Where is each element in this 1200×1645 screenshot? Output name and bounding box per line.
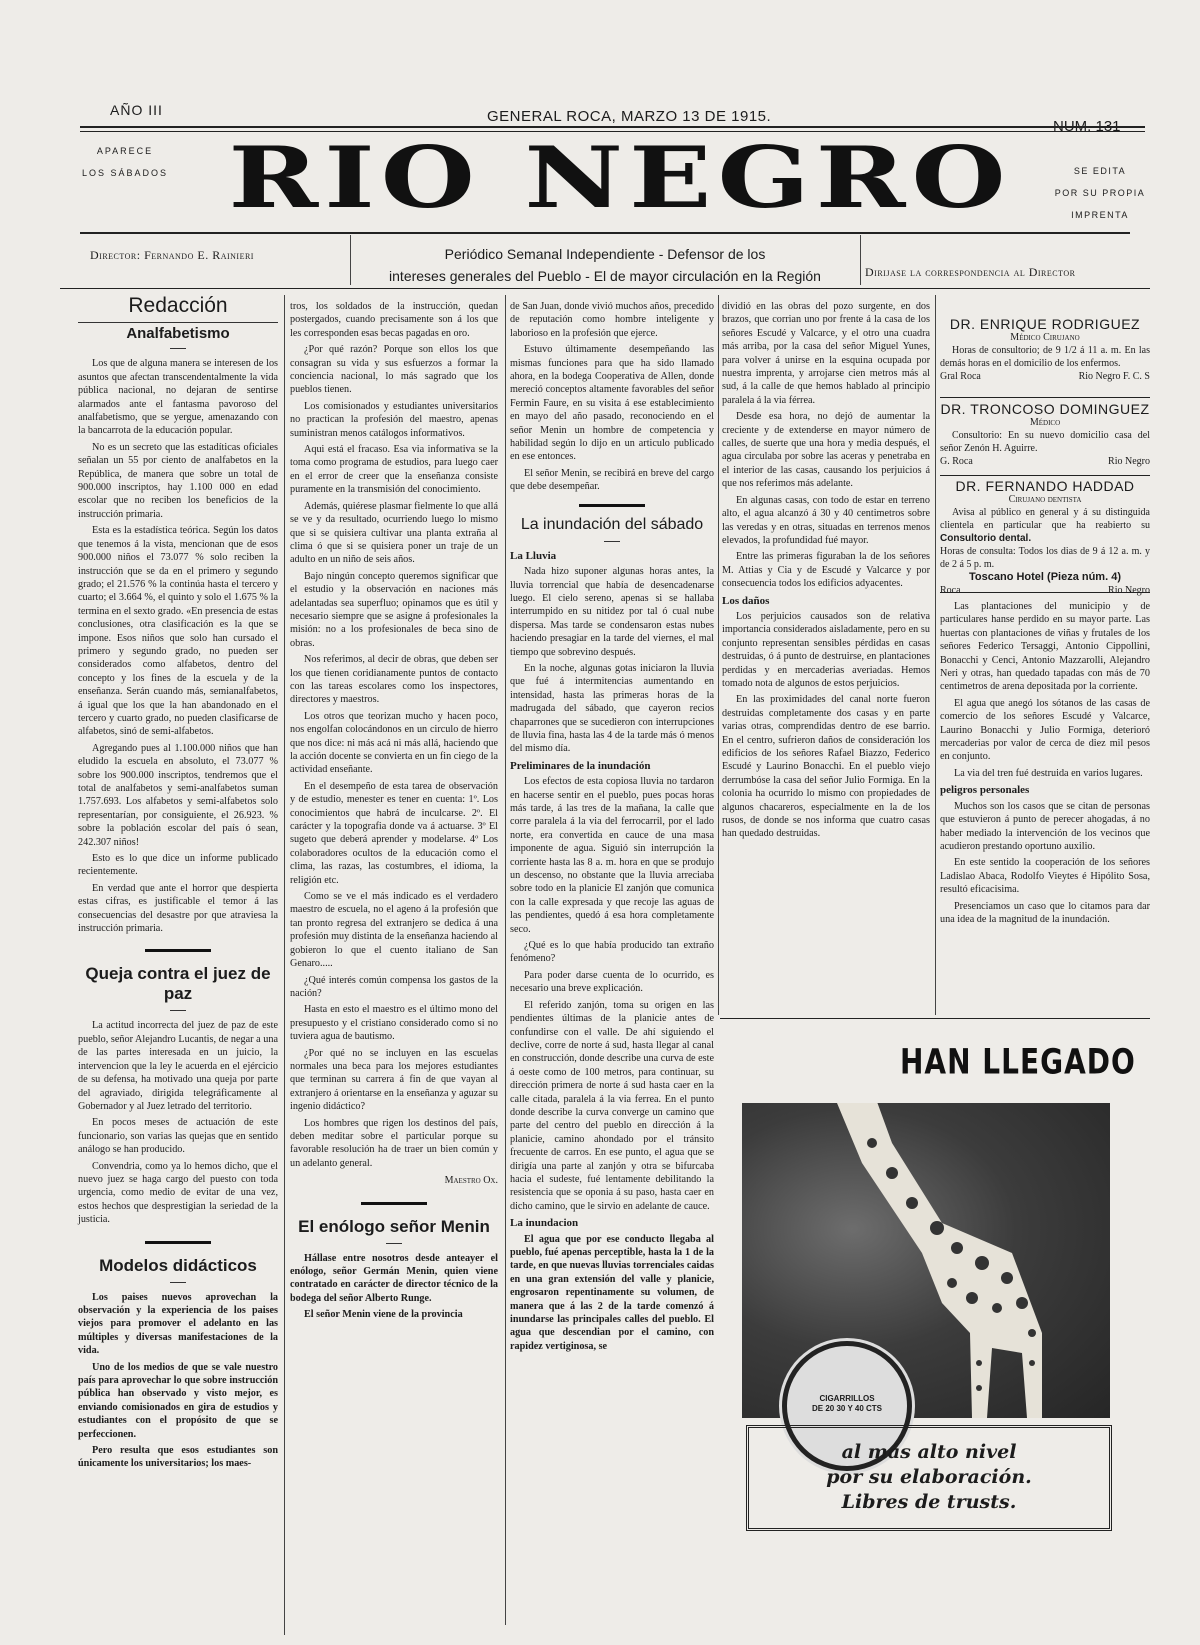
ad-role: Médico Cirujano bbox=[940, 331, 1150, 344]
ad-name: DR. TRONCOSO DOMINGUEZ bbox=[940, 403, 1150, 416]
paragraph: Bajo ningún concepto queremos significar… bbox=[290, 570, 498, 650]
divider bbox=[170, 1282, 186, 1283]
cigarette-advertisement: HAN LLEGADO CIGARRILLOS DE 20 30 Y 40 CT… bbox=[742, 1025, 1137, 1615]
paragraph: Para poder darse cuenta de lo ocurrido, … bbox=[510, 969, 714, 996]
slogan-box: al más alto nivel por su elaboración. Li… bbox=[746, 1425, 1112, 1531]
paragraph: En la noche, algunas gotas iniciaron la … bbox=[510, 662, 714, 756]
column-1: Redacción Analfabetismo Los que de algun… bbox=[78, 296, 278, 1474]
paragraph: Hasta en esto el maestro es el último mo… bbox=[290, 1003, 498, 1043]
ad-address: Toscano Hotel (Pieza núm. 4) bbox=[940, 571, 1150, 584]
article-title: La inundación del sábado bbox=[510, 515, 714, 535]
paragraph: En verdad que ante el horror que despier… bbox=[78, 882, 278, 936]
paragraph: Los otros que teorizan mucho y hacen poc… bbox=[290, 710, 498, 777]
subheading: La inundacion bbox=[510, 1217, 714, 1230]
dateline: GENERAL ROCA, MARZO 13 DE 1915. bbox=[487, 108, 771, 125]
paragraph: Nada hizo suponer algunas horas antes, l… bbox=[510, 565, 714, 659]
ad-divider bbox=[940, 475, 1150, 476]
director-line: Director: Fernando E. Rainieri bbox=[90, 248, 254, 263]
printing-note: SE EDITA POR SU PROPIA IMPRENTA bbox=[1040, 160, 1160, 226]
ad-dr-troncoso: DR. TRONCOSO DOMINGUEZ Médico Consultori… bbox=[940, 403, 1150, 468]
paragraph: Como se ve el más indicado es el verdade… bbox=[290, 890, 498, 970]
paragraph: Muchos son los casos que se citan de per… bbox=[940, 800, 1150, 854]
ad-dr-rodriguez: DR. ENRIQUE RODRIGUEZ Médico Cirujano Ho… bbox=[940, 318, 1150, 383]
column-3: de San Juan, donde vivió muchos años, pr… bbox=[510, 300, 714, 1356]
ad-name: DR. FERNANDO HADDAD bbox=[940, 480, 1150, 493]
paragraph: Los hombres que rigen los destinos del p… bbox=[290, 1117, 498, 1171]
correspondence-note: Dirijase la correspondencia al Director bbox=[865, 265, 1075, 280]
ad-top-rule bbox=[720, 1018, 1150, 1019]
divider bbox=[170, 1010, 186, 1011]
article-separator bbox=[579, 504, 645, 507]
paragraph: Las plantaciones del municipio y de part… bbox=[940, 600, 1150, 694]
newspaper-title: RIO NEGRO bbox=[200, 135, 1040, 221]
article-title: Modelos didácticos bbox=[78, 1256, 278, 1276]
paragraph: ¿Qué es lo que había producido tan extra… bbox=[510, 939, 714, 966]
paragraph: No es un secreto que las estadíticas ofi… bbox=[78, 441, 278, 521]
paragraph: Agregando pues al 1.100.000 niños que ha… bbox=[78, 742, 278, 849]
paragraph: ¿Por qué no se incluyen en las escuelas … bbox=[290, 1047, 498, 1114]
ad-slogan: al más alto nivel por su elaboración. Li… bbox=[749, 1440, 1109, 1515]
divider bbox=[386, 1243, 402, 1244]
paragraph: Pero resulta que esos estudiantes son ún… bbox=[78, 1444, 278, 1471]
paragraph: En el desempeño de esta tarea de observa… bbox=[290, 780, 498, 887]
article-title: Queja contra el juez de paz bbox=[78, 964, 278, 1004]
article-separator bbox=[145, 949, 211, 952]
paragraph: Los comisionados y estudiantes universit… bbox=[290, 400, 498, 440]
masthead-top-rule bbox=[80, 126, 1145, 128]
paragraph: ¿Por qué razón? Porque son ellos los que… bbox=[290, 343, 498, 397]
paragraph: Entre las primeras figuraban la de los s… bbox=[722, 550, 930, 590]
paragraph: Los paises nuevos aprovechan la observac… bbox=[78, 1291, 278, 1358]
column-4: dividió en las obras del pozo surgente, … bbox=[722, 300, 930, 844]
column-rule bbox=[505, 295, 506, 1625]
divider bbox=[604, 541, 620, 542]
tagline: Periódico Semanal Independiente - Defens… bbox=[355, 243, 855, 287]
article-separator bbox=[145, 1241, 211, 1244]
paragraph: En las proximidades del canal norte fuer… bbox=[722, 693, 930, 840]
column-rule bbox=[718, 295, 719, 1015]
header-rule bbox=[60, 288, 1150, 289]
ad-name: DR. ENRIQUE RODRIGUEZ bbox=[940, 318, 1150, 331]
paragraph: Además, quiérese plasmar fielmente lo qu… bbox=[290, 500, 498, 567]
column-rule bbox=[284, 295, 285, 1635]
paragraph: Convendria, como ya lo hemos dicho, que … bbox=[78, 1160, 278, 1227]
newspaper-page: AÑO III GENERAL ROCA, MARZO 13 DE 1915. … bbox=[0, 0, 1200, 1645]
ad-divider bbox=[940, 592, 1150, 593]
paragraph: Los perjuicios causados son de relativa … bbox=[722, 610, 930, 690]
ad-divider bbox=[940, 397, 1150, 398]
paragraph: Desde esa hora, no dejó de aumentar la c… bbox=[722, 410, 930, 490]
ad-dr-haddad: DR. FERNANDO HADDAD Cirujano dentista Av… bbox=[940, 480, 1150, 597]
section-title: Redacción bbox=[78, 296, 278, 323]
paragraph: Esta es la estadística teórica. Según lo… bbox=[78, 524, 278, 739]
subheading: La Lluvia bbox=[510, 550, 714, 563]
masthead-divider bbox=[350, 235, 351, 285]
ad-highlight: Consultorio dental. bbox=[940, 533, 1031, 544]
paragraph: Uno de los medios de que se vale nuestro… bbox=[78, 1361, 278, 1441]
subheading: Los daños bbox=[722, 595, 930, 608]
paragraph: ¿Qué interés común compensa los gastos d… bbox=[290, 974, 498, 1001]
article-title: Analfabetismo bbox=[78, 327, 278, 340]
paragraph: En pocos meses de actuación de este func… bbox=[78, 1116, 278, 1156]
masthead-divider bbox=[860, 235, 861, 285]
paragraph: Los que de alguna manera se interesen de… bbox=[78, 357, 278, 437]
column-rule bbox=[935, 295, 936, 1015]
column-5: Las plantaciones del municipio y de part… bbox=[940, 600, 1150, 929]
subheading: peligros personales bbox=[940, 784, 1150, 797]
ad-role: Médico bbox=[940, 416, 1150, 429]
article-title: El enólogo señor Menin bbox=[290, 1217, 498, 1237]
paragraph: dividió en las obras del pozo surgente, … bbox=[722, 300, 930, 407]
paragraph: tros, los soldados de la instrucción, qu… bbox=[290, 300, 498, 340]
paragraph: El referido zanjón, toma su origen en la… bbox=[510, 999, 714, 1214]
paragraph: La via del tren fué destruida en varios … bbox=[940, 767, 1150, 780]
paragraph: Hállase entre nosotros desde anteayer el… bbox=[290, 1252, 498, 1306]
paragraph: El señor Menin, se recibirá en breve del… bbox=[510, 467, 714, 494]
subheading: Preliminares de la inundación bbox=[510, 760, 714, 773]
article-separator bbox=[361, 1202, 427, 1205]
paragraph: Esto es lo que dice un informe publicado… bbox=[78, 852, 278, 879]
ad-role: Cirujano dentista bbox=[940, 493, 1150, 506]
paragraph: En algunas casas, con todo de estar en t… bbox=[722, 494, 930, 548]
paragraph: El agua que anegó los sótanos de las cas… bbox=[940, 697, 1150, 764]
paragraph: Nos referimos, al decir de obras, que de… bbox=[290, 653, 498, 707]
divider bbox=[170, 348, 186, 349]
paragraph: Presenciamos un caso que lo citamos para… bbox=[940, 900, 1150, 927]
author-signature: Maestro Ox. bbox=[290, 1174, 498, 1187]
paragraph: El agua que por ese conducto llegaba al … bbox=[510, 1233, 714, 1354]
paragraph: La actitud incorrecta del juez de paz de… bbox=[78, 1019, 278, 1113]
paragraph: Aqui está el fracaso. Esa via informativ… bbox=[290, 443, 498, 497]
ad-headline: HAN LLEGADO bbox=[900, 1041, 1136, 1082]
paragraph: En este sentido la cooperación de los se… bbox=[940, 856, 1150, 896]
giraffe-illustration: CIGARRILLOS DE 20 30 Y 40 CTS bbox=[742, 1103, 1110, 1418]
paragraph: de San Juan, donde vivió muchos años, pr… bbox=[510, 300, 714, 340]
publication-schedule: APARECE LOS SÁBADOS bbox=[60, 140, 190, 184]
paragraph: El señor Menin viene de la provincia bbox=[290, 1308, 498, 1321]
paragraph: Los efectos de esta copiosa lluvia no ta… bbox=[510, 775, 714, 936]
paragraph: Estuvo últimamente desempeñando las mism… bbox=[510, 343, 714, 464]
column-2: tros, los soldados de la instrucción, qu… bbox=[290, 300, 498, 1325]
year-label: AÑO III bbox=[110, 102, 163, 118]
masthead-bottom-rule bbox=[80, 232, 1130, 234]
